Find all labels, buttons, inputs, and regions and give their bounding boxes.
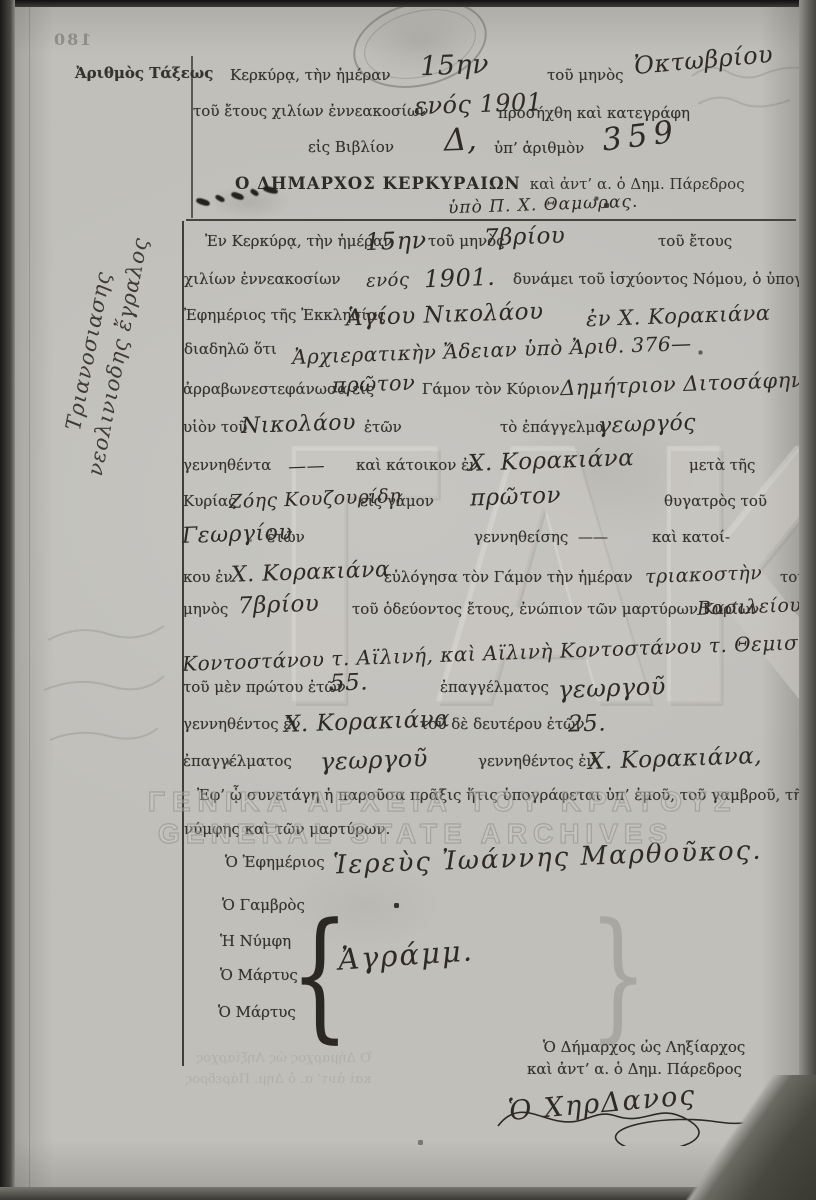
handwritten-entry: πρῶτον <box>470 482 562 511</box>
handwritten-entry: 7βρίου <box>484 223 566 252</box>
page-edge-right <box>799 0 816 1200</box>
printed-form-text: εὐλόγησα τὸν Γάμον τὴν ἡμέραν <box>384 568 633 586</box>
signature-brace-bleed: { <box>588 892 648 1057</box>
body-line: Γεωργίουἐτῶνγεννηθείσης——καὶ κατοί- <box>0 528 816 568</box>
header-horizontal-rule <box>186 219 796 221</box>
handwritten-entry: 25. <box>568 710 607 737</box>
printed-form-text: μετὰ τῆς <box>689 456 755 474</box>
handwritten-entry: 7βρίου <box>238 591 320 620</box>
registrar-title-line1: Ὁ Δήμαρχος ὡς Ληξίαρχος <box>543 1038 745 1056</box>
body-line: υἱὸν τοῦΝικολάουἐτῶντὸ ἐπάγγελμαγεωργός <box>0 418 816 458</box>
entry-number-label: ὑπ’ ἀριθμὸν <box>494 139 584 157</box>
mayor-title-rest: καὶ ἀντ’ α. ὁ Δημ. Πάρεδρος <box>530 175 745 193</box>
printed-form-text: δυνάμει τοῦ ἰσχύοντος Νόμου, ὁ ὑπογεγραμ… <box>513 270 816 288</box>
mayor-title-line: Ο ΔΗΜΑΡΧΟΣ ΚΕΡΚΥΡΑΙΩΝκαὶ ἀντ’ α. ὁ Δημ. … <box>235 174 745 193</box>
printed-form-text: ἐτῶν <box>267 528 305 546</box>
printed-form-text: τοῦ μὲν πρώτου ἐτῶν <box>183 678 346 696</box>
printed-form-text: τὸ ἐπάγγελμα <box>500 418 605 436</box>
printed-form-text: θυγατρὸς τοῦ <box>664 492 767 510</box>
page-edge-top <box>0 0 816 7</box>
handwritten-entry: Χ. Κορακιάνα <box>231 557 391 588</box>
book-label: εἰς Βιβλίον <box>308 138 394 156</box>
printed-form-text: τοῦ δὲ δευτέρου ἐτῶν <box>420 715 585 733</box>
body-line: γεννηθέντα——καὶ κάτοικον ἐνΧ. Κορακιάναμ… <box>0 456 816 496</box>
body-line: ΚυρίαςΖόης Κουζουρίδηεἰς γάμονπρῶτονθυγα… <box>0 492 816 532</box>
handwritten-entry: ενός <box>366 269 410 292</box>
handwritten-entry: 55. <box>330 669 369 696</box>
handwritten-entry: Χ. Κορακιάνα, <box>588 743 763 775</box>
handwritten-entry: Βασιλείου <box>697 594 802 620</box>
body-line: Ἐν Κερκύρᾳ, τὴν ἡμέραν15ηντοῦ μηνὸς7βρίο… <box>0 232 816 272</box>
handwritten-entry: γεωργοῦ <box>320 744 429 776</box>
book-letter-handwritten: Δ, <box>443 121 477 158</box>
handwritten-entry: Ἁγίου Νικολάου <box>346 299 544 332</box>
header-place-date-label: Κερκύρᾳ, τὴν ἡμέραν <box>230 66 391 84</box>
scanned-marriage-register-page: 180 Ὁ Δήμαρχος ὡς Ληξίαρχος καὶ ἀντ’ α. … <box>0 0 816 1200</box>
printed-form-text: γεννηθέντος ἐν <box>478 752 596 770</box>
header-year-label: τοῦ ἔτους χιλίων ἐννεακοσίων <box>193 102 428 120</box>
handwritten-entry: γεωργός <box>598 410 697 438</box>
handwritten-entry: γεωργοῦ <box>558 672 667 704</box>
handwritten-entry: 1901. <box>424 263 496 293</box>
printed-form-text: κου ἐν <box>183 568 232 586</box>
printed-form-text: εἰς γάμον <box>360 492 434 510</box>
printed-form-text: καὶ κατοί- <box>652 528 730 546</box>
printed-form-text: μηνὸς <box>183 600 228 618</box>
printed-form-text: τοῦ ἔτους <box>658 232 732 250</box>
handwritten-entry: ἐν Χ. Κορακιάνα <box>586 301 771 331</box>
page-corner-bottom-right <box>656 1075 816 1200</box>
printed-form-text: διαδηλῶ ὅτι <box>184 340 277 358</box>
officiant-label: Ὁ Ἐφημέριος <box>225 853 325 871</box>
order-number-label: Ἀριθμὸς Τάξεως <box>75 64 213 82</box>
printed-form-text: καὶ κάτοικον ἐν <box>356 456 478 474</box>
handwritten-entry: Χ. Κορακιάνα <box>468 445 635 477</box>
archive-watermark-greek: ΓΕΝΙΚΑ ΑΡΧΕΙΑ ΤΟΥ ΚΡΑΤΟΥΣ <box>148 786 738 818</box>
handwritten-entry: —— <box>288 455 326 477</box>
bleed-page-number: 180 <box>52 30 91 49</box>
body-line: Κοντοστάνου τ. Αϊλινή, καὶ Αϊλινὴ Κοντοσ… <box>0 640 816 680</box>
printed-form-text: γεννηθείσης <box>474 528 568 546</box>
bleed-text-line: καὶ ἀντ’ α. ὁ Δημ. Πάρεδρος <box>185 1069 371 1090</box>
printed-form-text: Γάμον τὸν Κύριον <box>422 380 560 398</box>
header-month-label: τοῦ μηνὸς <box>547 66 624 84</box>
printed-form-text: ἐπαγγέλματος <box>183 752 292 770</box>
printed-form-text: ἐτῶν <box>364 418 402 436</box>
witness2-label: Ὁ Μάρτυς <box>218 1003 296 1021</box>
printed-form-text: γεννηθέντα <box>183 456 271 474</box>
handwritten-entry: 15ην <box>365 226 427 256</box>
handwritten-entry: Νικολάου <box>241 410 357 439</box>
book-gutter-edge <box>0 0 15 1200</box>
archive-watermark-english: GENERAL STATE ARCHIVES <box>158 818 673 850</box>
printed-form-text: ἐπαγγέλματος <box>440 678 549 696</box>
printed-form-text: υἱὸν τοῦ <box>183 418 247 436</box>
header-day-handwritten: 15ην <box>419 49 489 82</box>
printed-form-text: —— <box>578 528 608 546</box>
witness1-label: Ὁ Μάρτυς <box>220 966 298 984</box>
handwritten-entry: πρῶτον <box>332 371 416 398</box>
printed-form-text: χιλίων ἐννεακοσίων <box>184 270 341 288</box>
handwritten-entry: τριακοστὴν <box>645 562 763 588</box>
bride-label: Ἡ Νύμφη <box>220 932 291 950</box>
